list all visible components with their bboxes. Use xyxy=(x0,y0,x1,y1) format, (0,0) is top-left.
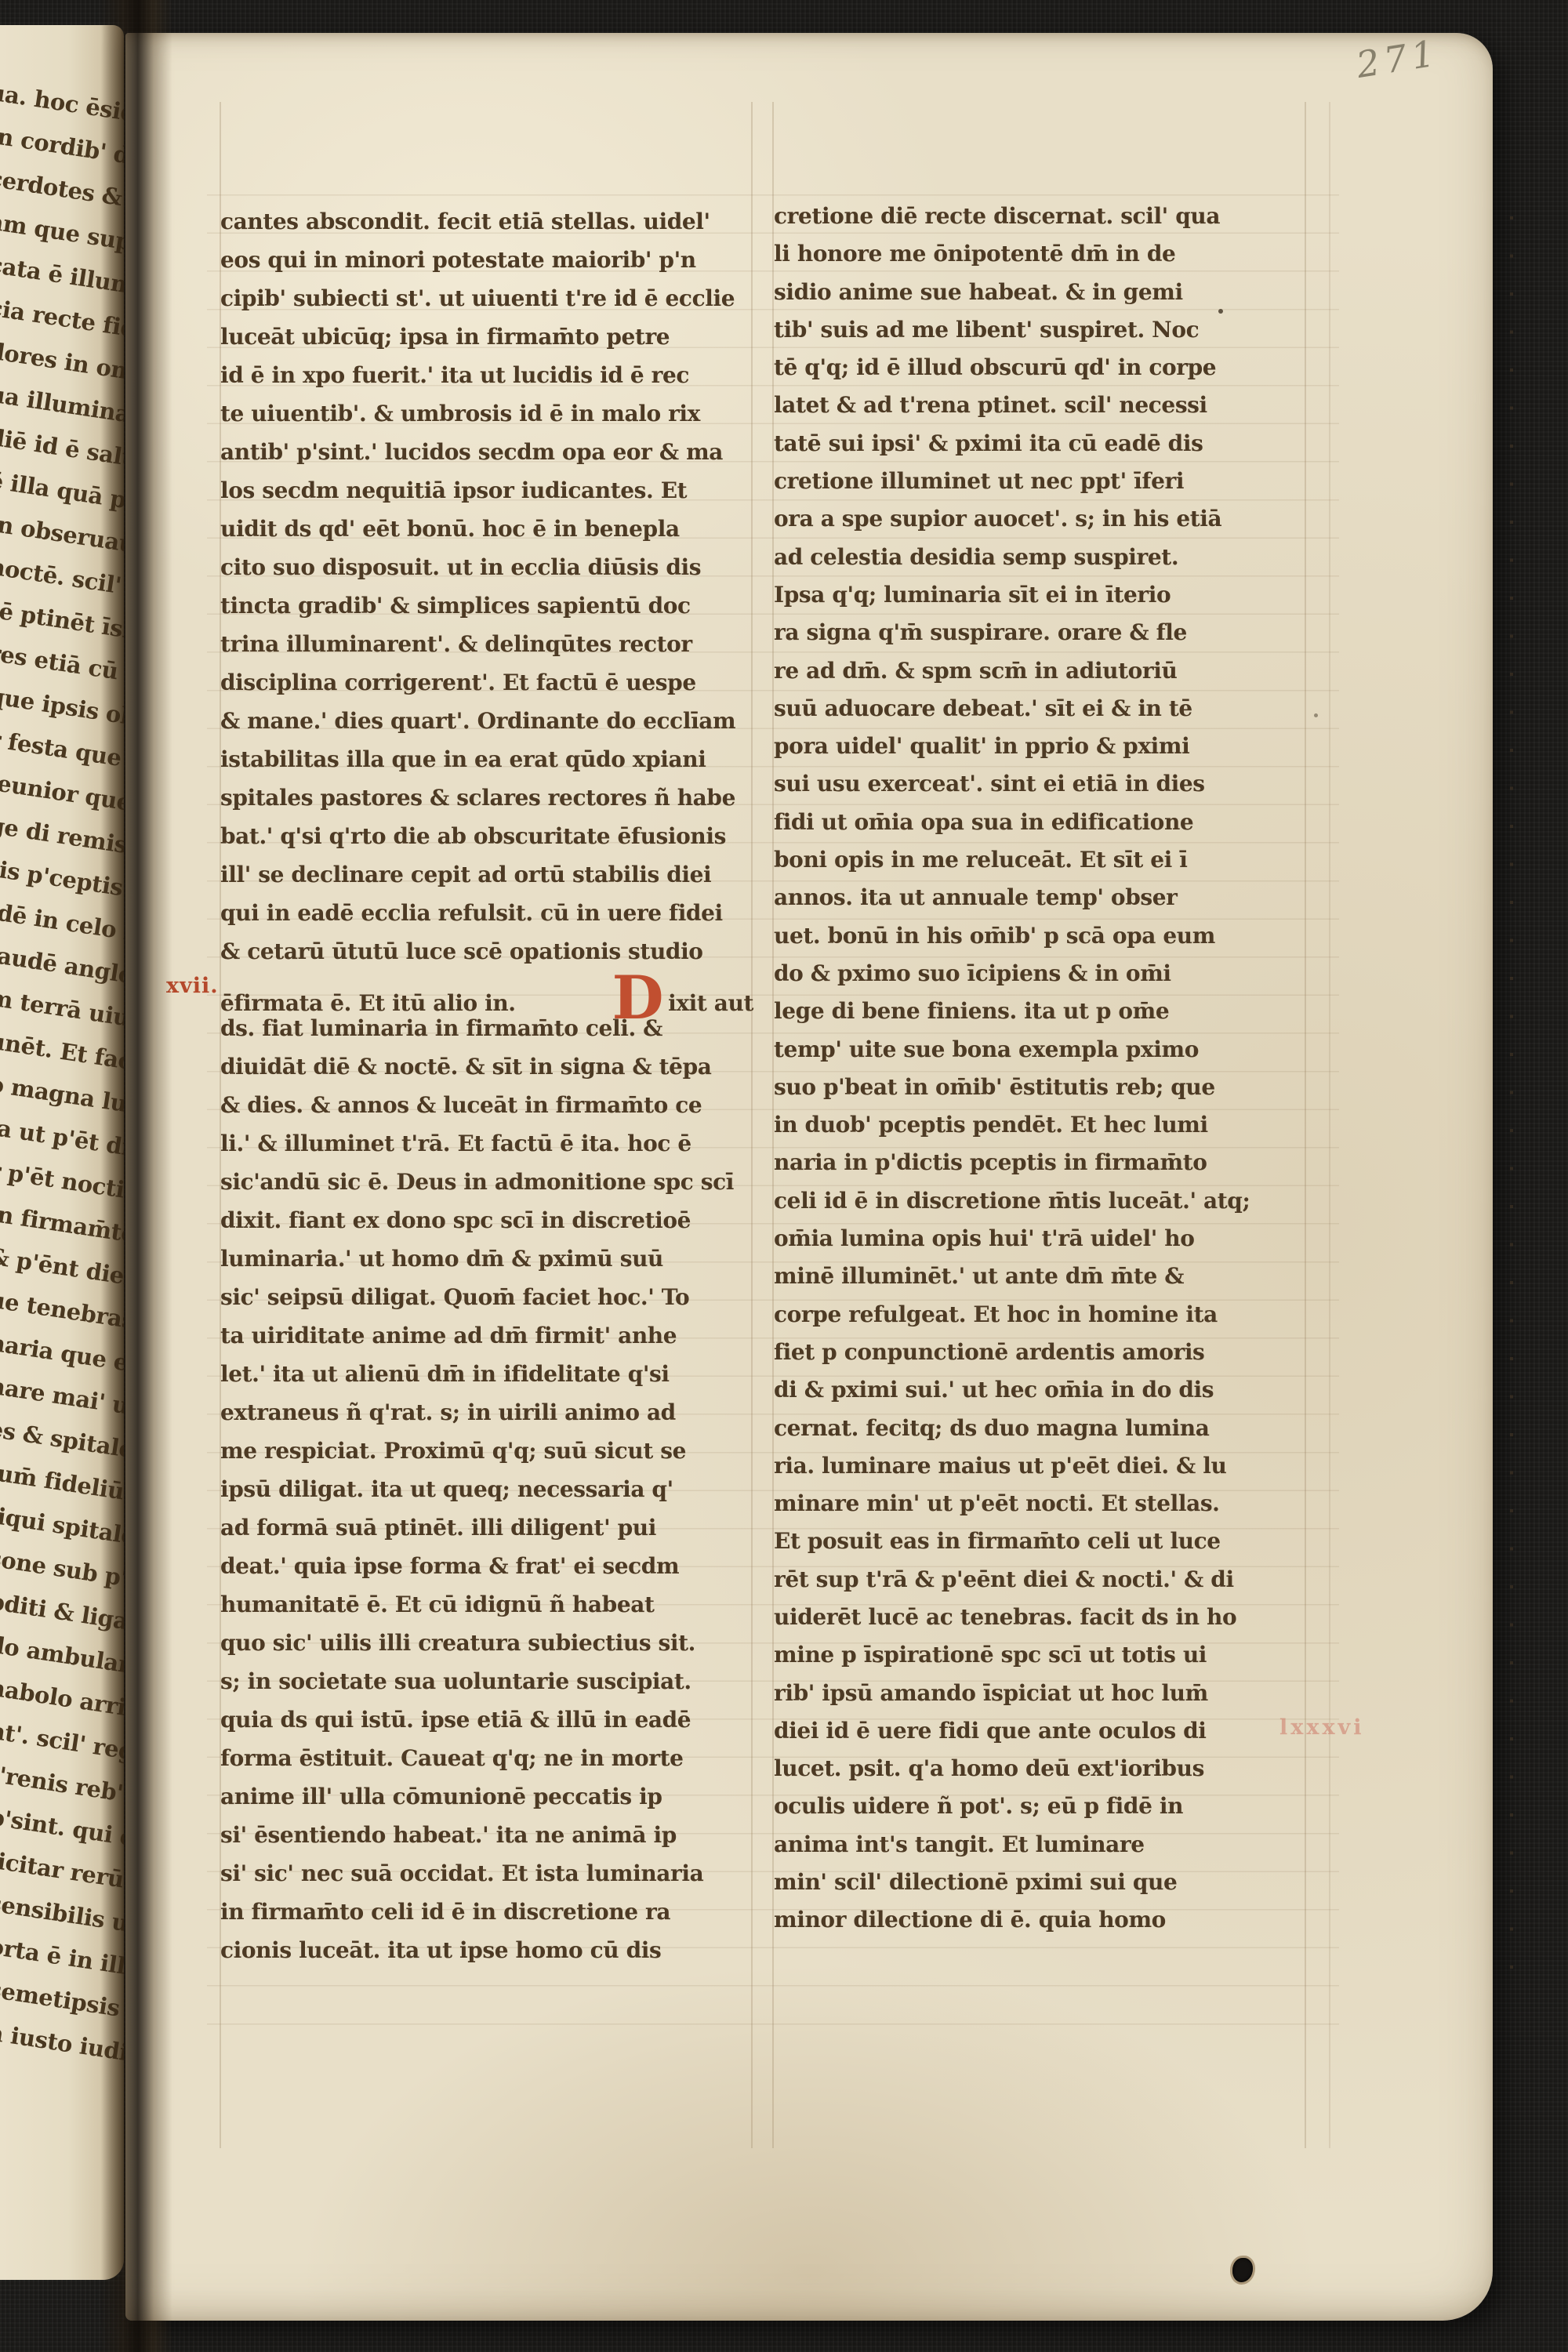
text-line: temp' uite sue bona exempla pximo xyxy=(774,1031,1307,1069)
text-line: do & pximo suo īcipiens & in om̄i xyxy=(774,955,1307,993)
text-line: diuidāt diē & noctē. & sīt in signa & tē… xyxy=(220,1047,753,1086)
text-line: rib' ipsū amando īspiciat ut hoc lum̄ xyxy=(774,1675,1307,1712)
text-line: forma ēstituit. Caueat q'q; ne in morte xyxy=(220,1739,753,1777)
text-line: tatē sui ipsi' & pximi ita cū eadē dis xyxy=(774,425,1307,463)
text-line: Ipsa q'q; luminaria sīt ei in īterio xyxy=(774,576,1307,614)
previous-page-edge: ua. hoc ēsidandūin cordib' discipulcerdo… xyxy=(0,25,124,2280)
text-line: ria. luminare maius ut p'eēt diei. & lu xyxy=(774,1447,1307,1485)
text-line: ora a spe supior auocet'. s; in his etiā xyxy=(774,500,1307,538)
text-line: in firmam̄to celi id ē in discretione ra xyxy=(220,1893,753,1931)
text-line: tē q'q; id ē illud obscurū qd' in corpe xyxy=(774,349,1307,387)
text-line: om̄ia lumina opis hui' t'rā uidel' ho xyxy=(774,1220,1307,1258)
text-line: eos qui in minori potestate maiorib' p'n xyxy=(220,241,753,279)
initial-line-after: ixit aut xyxy=(668,984,753,1022)
text-line: istabilitas illa que in ea erat qūdo xpi… xyxy=(220,740,753,779)
text-line: li honore me ōnipotentē dm̄ in de xyxy=(774,235,1307,273)
text-line: cito suo disposuit. ut in ecclia diūsis … xyxy=(220,548,753,586)
text-line: si' ēsentiendo habeat.' ita ne animā ip xyxy=(220,1816,753,1854)
text-line: anime ill' ulla cōmunionē peccatis ip xyxy=(220,1777,753,1816)
margin-note-roman-numeral: lxxxvi xyxy=(1279,1715,1365,1740)
text-line: & mane.' dies quart'. Ordinante do ecclī… xyxy=(220,702,753,740)
text-line: sic' seipsū diligat. Quom̄ faciet hoc.' … xyxy=(220,1278,753,1316)
text-line: annos. ita ut annuale temp' obser xyxy=(774,879,1307,916)
text-column-2: cretione diē recte discernat. scil' qual… xyxy=(774,198,1307,1940)
text-line: suū aduocare debeat.' sīt ei & in tē xyxy=(774,690,1307,728)
text-line: Et posuit eas in firmam̄to celi ut luce xyxy=(774,1523,1307,1560)
text-line: me respiciat. Proximū q'q; suū sicut se xyxy=(220,1432,753,1470)
text-line: luminaria.' ut homo dm̄ & pximū suū xyxy=(220,1240,753,1278)
text-line: ad celestia desidia semp suspiret. xyxy=(774,539,1307,576)
page-number: 271 xyxy=(1353,31,1442,86)
text-line: quo sic' uilis illi creatura subiectius … xyxy=(220,1624,753,1662)
text-line: minē illuminēt.' ut ante dm̄ m̄te & xyxy=(774,1258,1307,1295)
text-column-1: cantes abscondit. fecit etiā stellas. ui… xyxy=(220,202,753,1969)
text-line: uet. bonū in his om̄ib' p scā opa eum xyxy=(774,917,1307,955)
text-line: ill' se declinare cepit ad ortū stabilis… xyxy=(220,855,753,894)
text-line: lucet. psit. q'a homo deū ext'ioribus xyxy=(774,1750,1307,1788)
rubric-initial-D: D xyxy=(612,978,664,1017)
text-line: re ad dm̄. & spm scm̄ in adiutoriū xyxy=(774,652,1307,690)
pricking-holes xyxy=(1510,216,1513,1984)
text-line: ta uiriditate anime ad dm̄ firmit' anhe xyxy=(220,1316,753,1355)
text-line: rēt sup t'rā & p'eēnt diei & nocti.' & d… xyxy=(774,1561,1307,1599)
column1-upper-lines: cantes abscondit. fecit etiā stellas. ui… xyxy=(220,202,753,971)
text-line-with-initial: ēfirmata ē. Et itū alio in. D ixit aut xyxy=(220,971,753,1009)
text-line: quia ds qui istū. ipse etiā & illū in ea… xyxy=(220,1700,753,1739)
text-line: minor dilectione di ē. quia homo xyxy=(774,1901,1307,1939)
text-line: cantes abscondit. fecit etiā stellas. ui… xyxy=(220,202,753,241)
text-line: disciplina corrigerent'. Et factū ē uesp… xyxy=(220,663,753,702)
text-line: fidi ut om̄ia opa sua in edificatione xyxy=(774,804,1307,841)
text-line: cernat. fecitq; ds duo magna lumina xyxy=(774,1410,1307,1447)
text-line: uiderēt lucē ac tenebras. facit ds in ho xyxy=(774,1599,1307,1636)
text-line: ipsū diligat. ita ut queq; necessaria q' xyxy=(220,1470,753,1508)
text-line: corpe refulgeat. Et hoc in homine ita xyxy=(774,1296,1307,1334)
text-line: cretione illuminet ut nec ppt' īferi xyxy=(774,463,1307,500)
text-line: di & pximi sui.' ut hec om̄ia in do dis xyxy=(774,1371,1307,1409)
text-line: cretione diē recte discernat. scil' qua xyxy=(774,198,1307,235)
text-line: bat.' q'si q'rto die ab obscuritate ēfus… xyxy=(220,817,753,855)
ink-speck xyxy=(1314,713,1318,717)
text-line: uidit ds qd' eēt bonū. hoc ē in benepla xyxy=(220,510,753,548)
text-line: minare min' ut p'eēt nocti. Et stellas. xyxy=(774,1485,1307,1523)
wormhole xyxy=(1232,2258,1253,2282)
text-line: trina illuminarent'. & delinqūtes rector xyxy=(220,625,753,663)
text-line: anima int's tangit. Et luminare xyxy=(774,1826,1307,1864)
text-line: let.' ita ut alienū dm̄ in ifidelitate q… xyxy=(220,1355,753,1393)
text-line: sui usu exerceat'. sint ei etiā in dies xyxy=(774,765,1307,803)
manuscript-page: 271 xvii. cantes abscondit. fecit etiā s… xyxy=(125,33,1493,2321)
text-line: extraneus ñ q'rat. s; in uirili animo ad xyxy=(220,1393,753,1432)
text-line: oculis uidere ñ pot'. s; eū p fidē in xyxy=(774,1788,1307,1825)
text-line: spitales pastores & sclares rectores ñ h… xyxy=(220,779,753,817)
text-line: pora uidel' qualit' in pprio & pximi xyxy=(774,728,1307,765)
text-line: & cetarū ūtutū luce scē opationis studio xyxy=(220,932,753,971)
text-line: sic'andū sic ē. Deus in admonitione spc … xyxy=(220,1163,753,1201)
text-line: deat.' quia ipse forma & frat' ei secdm xyxy=(220,1547,753,1585)
manuscript-photo: ua. hoc ēsidandūin cordib' discipulcerdo… xyxy=(0,0,1568,2352)
column1-lower-lines: ds. fiat luminaria in firmam̄to celi. &d… xyxy=(220,1009,753,1969)
text-line: min' scil' dilectionē pximi sui que xyxy=(774,1864,1307,1901)
text-line: fiet p conpunctionē ardentis amoris xyxy=(774,1334,1307,1371)
text-line: ra signa q'm̄ suspirare. orare & fle xyxy=(774,614,1307,652)
text-line: li.' & illuminet t'rā. Et factū ē ita. h… xyxy=(220,1124,753,1163)
text-line: tib' suis ad me libent' suspiret. Noc xyxy=(774,311,1307,349)
text-line: s; in societate sua uoluntarie suscipiat… xyxy=(220,1662,753,1700)
text-line: latet & ad t'rena ptinet. scil' necessi xyxy=(774,387,1307,424)
text-line: dixit. fiant ex dono spc scī in discreti… xyxy=(220,1201,753,1240)
text-line: si' sic' nec suā occidat. Et ista lumina… xyxy=(220,1854,753,1893)
text-line: in duob' pceptis pendēt. Et hec lumi xyxy=(774,1106,1307,1144)
text-line: lege di bene finiens. ita ut p om̄e xyxy=(774,993,1307,1030)
text-line: mine p īspirationē spc scī ut totis ui xyxy=(774,1636,1307,1674)
chapter-marker-xvii: xvii. xyxy=(166,974,219,998)
text-line: humanitatē ē. Et cū idignū ñ habeat xyxy=(220,1585,753,1624)
text-line: antib' p'sint.' lucidos secdm opa eor & … xyxy=(220,433,753,471)
text-line: ad formā suā ptinēt. illi diligent' pui xyxy=(220,1508,753,1547)
text-line: cionis luceāt. ita ut ipse homo cū dis xyxy=(220,1931,753,1969)
text-line: tincta gradib' & simplices sapientū doc xyxy=(220,586,753,625)
text-line: luceāt ubicūq; ipsa in firmam̄to petre xyxy=(220,318,753,356)
text-line: suo p'beat in om̄ib' ēstitutis reb; que xyxy=(774,1069,1307,1106)
text-line: te uiuentib'. & umbrosis id ē in malo ri… xyxy=(220,394,753,433)
text-line: id ē in xpo fuerit.' ita ut lucidis id ē… xyxy=(220,356,753,394)
text-line: celi id ē in discretione m̄tis luceāt.' … xyxy=(774,1182,1307,1220)
text-line: boni opis in me reluceāt. Et sīt ei ī xyxy=(774,841,1307,879)
previous-page-text: ua. hoc ēsidandūin cordib' discipulcerdo… xyxy=(0,71,124,2054)
text-line: sidio anime sue habeat. & in gemi xyxy=(774,274,1307,311)
ink-speck xyxy=(1218,309,1223,314)
text-line: los secdm nequitiā ipsor iudicantes. Et xyxy=(220,471,753,510)
margin-rule xyxy=(1329,102,1330,2148)
text-line: cipib' subiecti st'. ut uiuenti t're id … xyxy=(220,279,753,318)
text-line: qui in eadē ecclia refulsit. cū in uere … xyxy=(220,894,753,932)
text-line: naria in p'dictis pceptis in firmam̄to xyxy=(774,1144,1307,1181)
text-line: diei id ē uere fidi que ante oculos di xyxy=(774,1712,1307,1750)
text-line: & dies. & annos & luceāt in firmam̄to ce xyxy=(220,1086,753,1124)
